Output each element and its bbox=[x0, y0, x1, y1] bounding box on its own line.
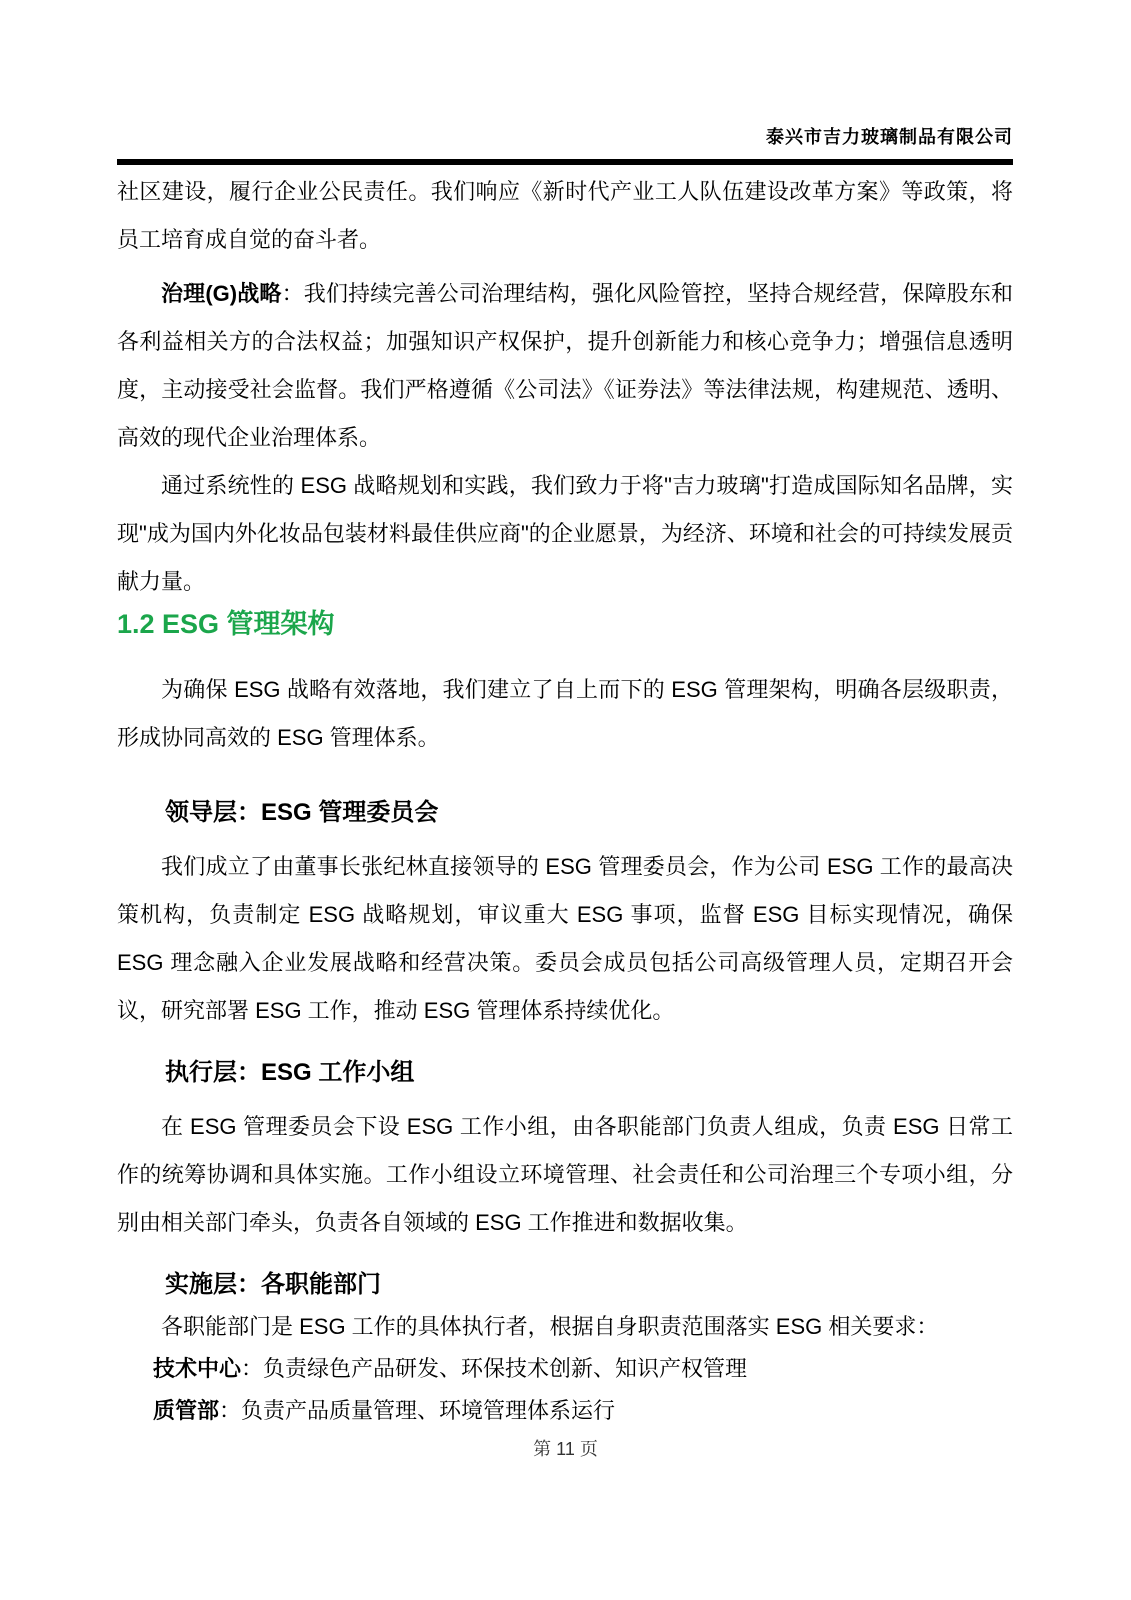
department-line-tech-center-duty: ：负责绿色产品研发、环保技术创新、知识产权管理 bbox=[241, 1356, 747, 1381]
paragraph-esg-vision: 通过系统性的 ESG 战略规划和实践，我们致力于将"吉力玻璃"打造成国际知名品牌… bbox=[117, 462, 1013, 606]
department-line-tech-center: 技术中心：负责绿色产品研发、环保技术创新、知识产权管理 bbox=[117, 1347, 1013, 1391]
department-line-tech-center-name: 技术中心 bbox=[153, 1356, 241, 1381]
department-line-quality-dept: 质管部：负责产品质量管理、环境管理体系运行 bbox=[117, 1389, 1013, 1433]
subheading-leadership-committee: 领导层：ESG 管理委员会 bbox=[117, 791, 1013, 835]
header-company-name: 泰兴市吉力玻璃制品有限公司 bbox=[117, 122, 1013, 152]
paragraph-governance-strategy: 治理(G)战略：我们持续完善公司治理结构，强化风险管控，坚持合规经营，保障股东和… bbox=[117, 270, 1013, 462]
paragraph-executive-workgroup: 在 ESG 管理委员会下设 ESG 工作小组，由各职能部门负责人组成，负责 ES… bbox=[117, 1103, 1013, 1247]
footer-page-number: 第 11 页 bbox=[0, 1436, 1131, 1462]
paragraph-departments-intro: 各职能部门是 ESG 工作的具体执行者，根据自身职责范围落实 ESG 相关要求： bbox=[117, 1305, 1013, 1349]
header-divider-rule bbox=[117, 159, 1013, 165]
paragraph-governance-strategy-lead: 治理(G)战略 bbox=[161, 281, 282, 306]
section-heading-esg-governance-structure: 1.2 ESG 管理架构 bbox=[117, 604, 1013, 644]
document-page: 泰兴市吉力玻璃制品有限公司 社区建设，履行企业公民责任。我们响应《新时代产业工人… bbox=[0, 0, 1131, 1600]
department-line-quality-dept-name: 质管部 bbox=[153, 1398, 219, 1423]
paragraph-community: 社区建设，履行企业公民责任。我们响应《新时代产业工人队伍建设改革方案》等政策，将… bbox=[117, 168, 1013, 264]
subheading-implementation-departments: 实施层：各职能部门 bbox=[117, 1263, 1013, 1307]
subheading-executive-workgroup: 执行层：ESG 工作小组 bbox=[117, 1051, 1013, 1095]
paragraph-leadership-committee: 我们成立了由董事长张纪林直接领导的 ESG 管理委员会，作为公司 ESG 工作的… bbox=[117, 843, 1013, 1035]
department-line-quality-dept-duty: ：负责产品质量管理、环境管理体系运行 bbox=[219, 1398, 615, 1423]
paragraph-structure-intro: 为确保 ESG 战略有效落地，我们建立了自上而下的 ESG 管理架构，明确各层级… bbox=[117, 666, 1013, 762]
paragraph-governance-strategy-body: ：我们持续完善公司治理结构，强化风险管控，坚持合规经营，保障股东和各利益相关方的… bbox=[117, 281, 1013, 450]
